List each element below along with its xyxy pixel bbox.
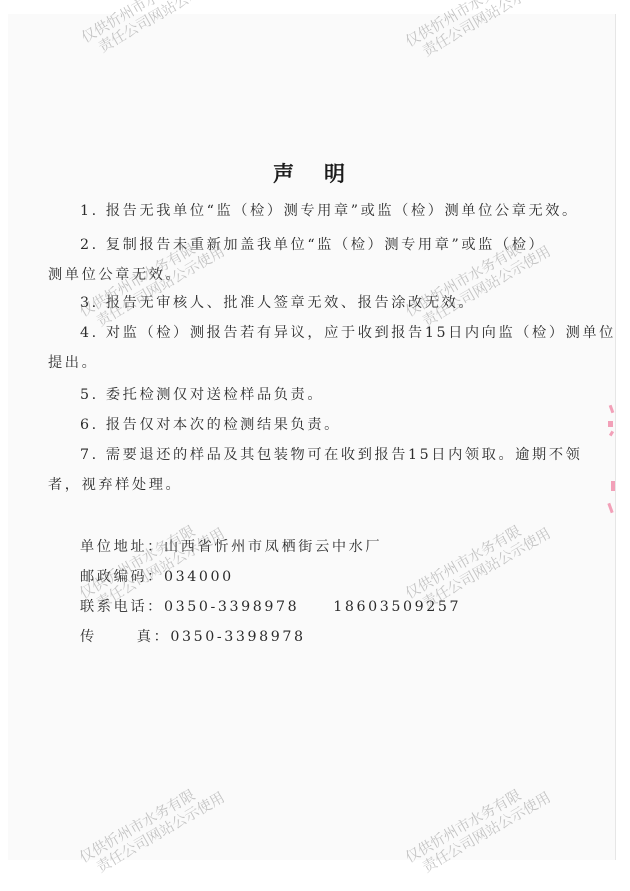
address-value: 山西省忻州市凤栖街云中水厂 [164,539,382,555]
contact-postcode: 邮政编码：034000 [80,566,234,586]
fax-label-part2: 真： [137,629,171,645]
statement-number: 6. [80,417,99,433]
contact-phone: 联系电话：0350-339897818603509257 [80,596,461,616]
statement-number: 3. [80,295,99,311]
page-title: 声明 [0,158,630,188]
address-label: 单位地址： [80,539,164,555]
statement-4: 4. 对监（检）测报告若有异议，应于收到报告15日内向监（检）测单位 [80,322,616,342]
statement-6: 6. 报告仅对本次的检测结果负责。 [80,414,341,434]
postcode-value: 034000 [164,569,234,585]
postcode-label: 邮政编码： [80,569,164,585]
seal-stamp-fragment [608,405,616,515]
statement-2-continuation: 测单位公章无效。 [48,264,182,284]
contact-address: 单位地址：山西省忻州市凤栖街云中水厂 [80,536,382,556]
statement-7-continuation: 者，视弃样处理。 [48,474,182,494]
phone-value-1: 0350-3398978 [164,599,299,615]
fax-label-part1: 传 [80,629,97,645]
statement-5: 5. 委托检测仅对送检样品负责。 [80,384,324,404]
statement-text: 复制报告未重新加盖我单位“监（检）测专用章”或监（检） [106,237,545,253]
statement-number: 1. [80,203,99,219]
statement-text: 报告仅对本次的检测结果负责。 [106,417,341,433]
statement-7: 7. 需要退还的样品及其包装物可在收到报告15日内领取。逾期不领 [80,444,582,464]
statement-text: 报告无审核人、批准人签章无效、报告涂改无效。 [106,295,475,311]
statement-text: 报告无我单位“监（检）测专用章”或监（检）测单位公章无效。 [106,203,579,219]
statement-text: 对监（检）测报告若有异议，应于收到报告15日内向监（检）测单位 [106,325,616,341]
phone-value-2: 18603509257 [333,599,461,615]
statement-text: 委托检测仅对送检样品负责。 [106,387,324,403]
statement-number: 4. [80,325,99,341]
scanned-page [8,14,616,860]
statement-2: 2. 复制报告未重新加盖我单位“监（检）测专用章”或监（检） [80,234,545,254]
statement-4-continuation: 提出。 [48,352,98,372]
contact-fax: 传真：0350-3398978 [80,626,306,646]
statement-number: 2. [80,237,99,253]
statement-number: 7. [80,447,99,463]
phone-label: 联系电话： [80,599,164,615]
statement-1: 1. 报告无我单位“监（检）测专用章”或监（检）测单位公章无效。 [80,200,579,220]
statement-3: 3. 报告无审核人、批准人签章无效、报告涂改无效。 [80,292,475,312]
statement-number: 5. [80,387,99,403]
statement-text: 需要退还的样品及其包装物可在收到报告15日内领取。逾期不领 [106,447,583,463]
fax-value: 0350-3398978 [170,629,305,645]
